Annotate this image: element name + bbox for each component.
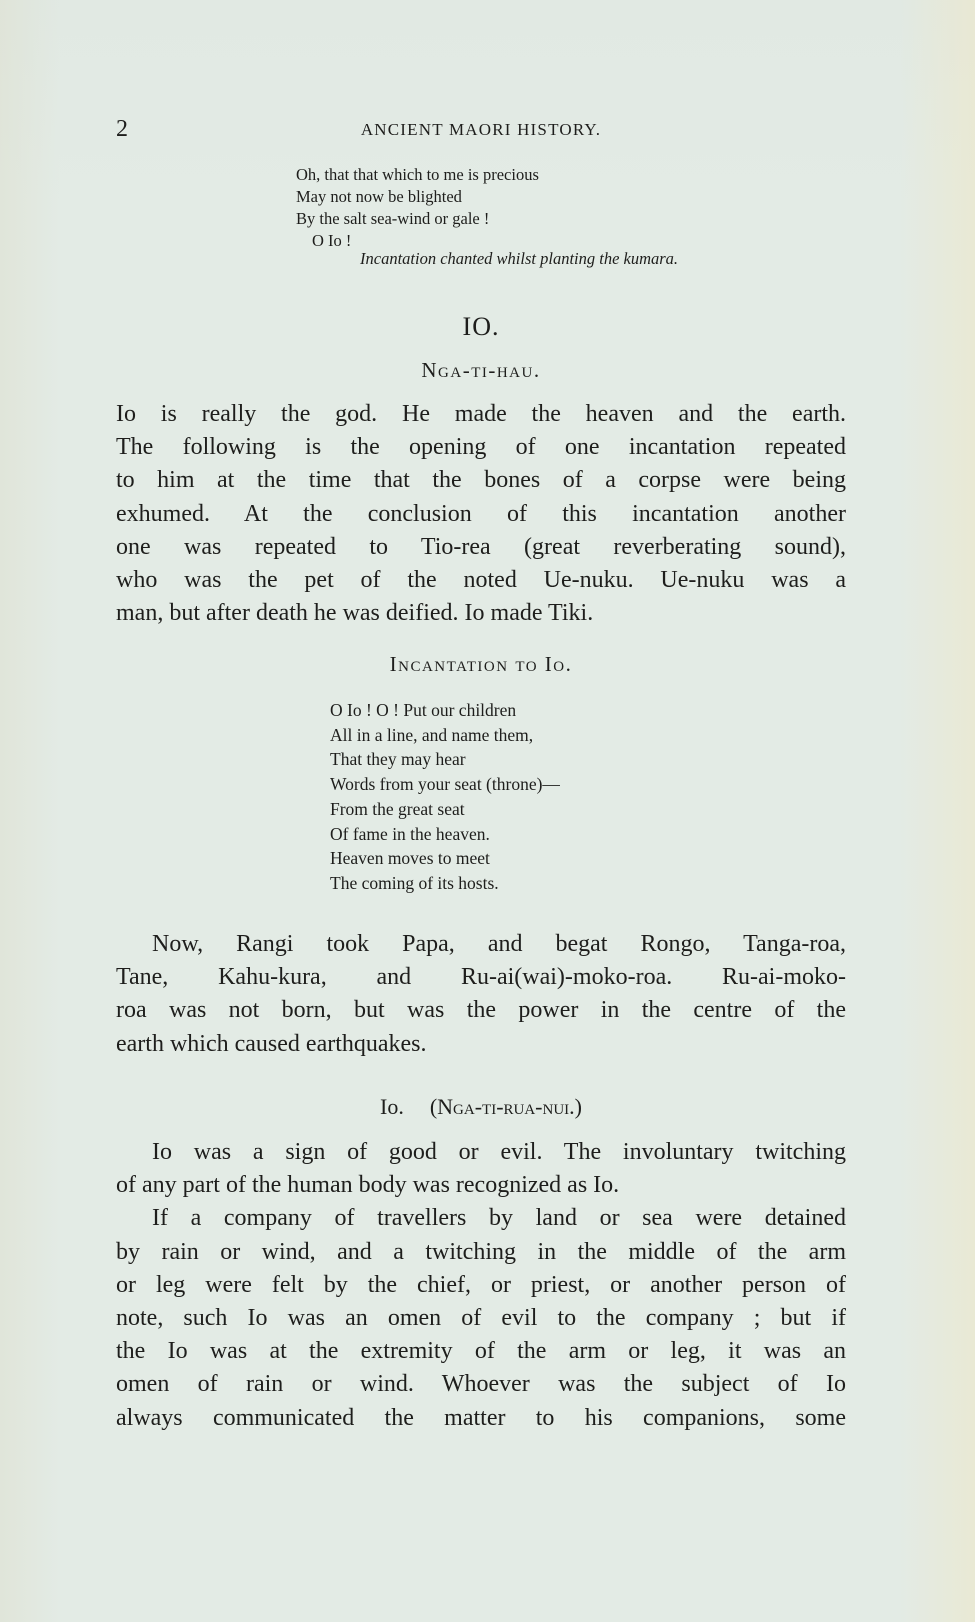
- paragraph-line: man, but after death he was deified. Io …: [116, 597, 846, 630]
- paragraph-line: Now, Rangi took Papa, and begat Rongo, T…: [116, 928, 846, 961]
- paragraph-line: If a company of travellers by land or se…: [116, 1202, 846, 1235]
- verse-line: All in a line, and name them,: [330, 723, 560, 748]
- paragraph-line: by rain or wind, and a twitching in the …: [116, 1236, 846, 1269]
- paragraph-line: always communicated the matter to his co…: [116, 1402, 846, 1435]
- verse-line: The coming of its hosts.: [330, 871, 560, 896]
- verse-line: From the great seat: [330, 797, 560, 822]
- paragraph-io-omen: Io was a sign of good or evil. The invol…: [116, 1136, 846, 1435]
- paragraph-line: of any part of the human body was recogn…: [116, 1169, 846, 1202]
- epigraph-verse: Oh, that that which to me is precious Ma…: [296, 164, 539, 252]
- paragraph-rangi: Now, Rangi took Papa, and begat Rongo, T…: [116, 928, 846, 1061]
- paragraph-line: Io is really the god. He made the heaven…: [116, 398, 846, 431]
- paragraph-line: or leg were felt by the chief, or priest…: [116, 1269, 846, 1302]
- paragraph-line: one was repeated to Tio-rea (great rever…: [116, 531, 846, 564]
- verse-line: That they may hear: [330, 747, 560, 772]
- paragraph-line: note, such Io was an omen of evil to the…: [116, 1302, 846, 1335]
- book-page: 2 ANCIENT MAORI HISTORY. Oh, that that w…: [0, 0, 975, 1622]
- paragraph-line: who was the pet of the noted Ue-nuku. Ue…: [116, 564, 846, 597]
- verse-line: May not now be blighted: [296, 186, 539, 208]
- paragraph-line: to him at the time that the bones of a c…: [116, 464, 846, 497]
- paragraph-line: earth which caused earthquakes.: [116, 1028, 846, 1061]
- paragraph-line: Tane, Kahu-kura, and Ru-ai(wai)-moko-roa…: [116, 961, 846, 994]
- paragraph-line: exhumed. At the conclusion of this incan…: [116, 498, 846, 531]
- verse-line: O Io ! O ! Put our children: [330, 698, 560, 723]
- incantation-title: Incantation to Io.: [116, 652, 846, 677]
- paragraph-line: omen of rain or wind. Whoever was the su…: [116, 1368, 846, 1401]
- section-title-io-label: Io.: [380, 1094, 404, 1119]
- verse-line: Oh, that that which to me is precious: [296, 164, 539, 186]
- paragraph-line: Io was a sign of good or evil. The invol…: [116, 1136, 846, 1169]
- section-title-tribe: (Nga-ti-rua-nui.): [430, 1094, 582, 1119]
- verse-line: Words from your seat (throne)—: [330, 772, 560, 797]
- verse-line: By the salt sea-wind or gale !: [296, 208, 539, 230]
- verse-line: Of fame in the heaven.: [330, 822, 560, 847]
- paragraph-line: The following is the opening of one inca…: [116, 431, 846, 464]
- incantation-verse: O Io ! O ! Put our children All in a lin…: [330, 698, 560, 896]
- running-title: ANCIENT MAORI HISTORY.: [116, 120, 846, 140]
- verse-line: Heaven moves to meet: [330, 846, 560, 871]
- epigraph-attribution: Incantation chanted whilst planting the …: [360, 249, 678, 269]
- section-title-ngatiruanui: Io.(Nga-ti-rua-nui.): [116, 1094, 846, 1120]
- paragraph-line: the Io was at the extremity of the arm o…: [116, 1335, 846, 1368]
- paragraph-io-god: Io is really the god. He made the heaven…: [116, 398, 846, 630]
- section-subtitle-ngatihau: Nga-ti-hau.: [116, 358, 846, 383]
- section-title-io: IO.: [116, 312, 846, 342]
- running-header: 2 ANCIENT MAORI HISTORY.: [116, 116, 846, 146]
- paragraph-line: roa was not born, but was the power in t…: [116, 994, 846, 1027]
